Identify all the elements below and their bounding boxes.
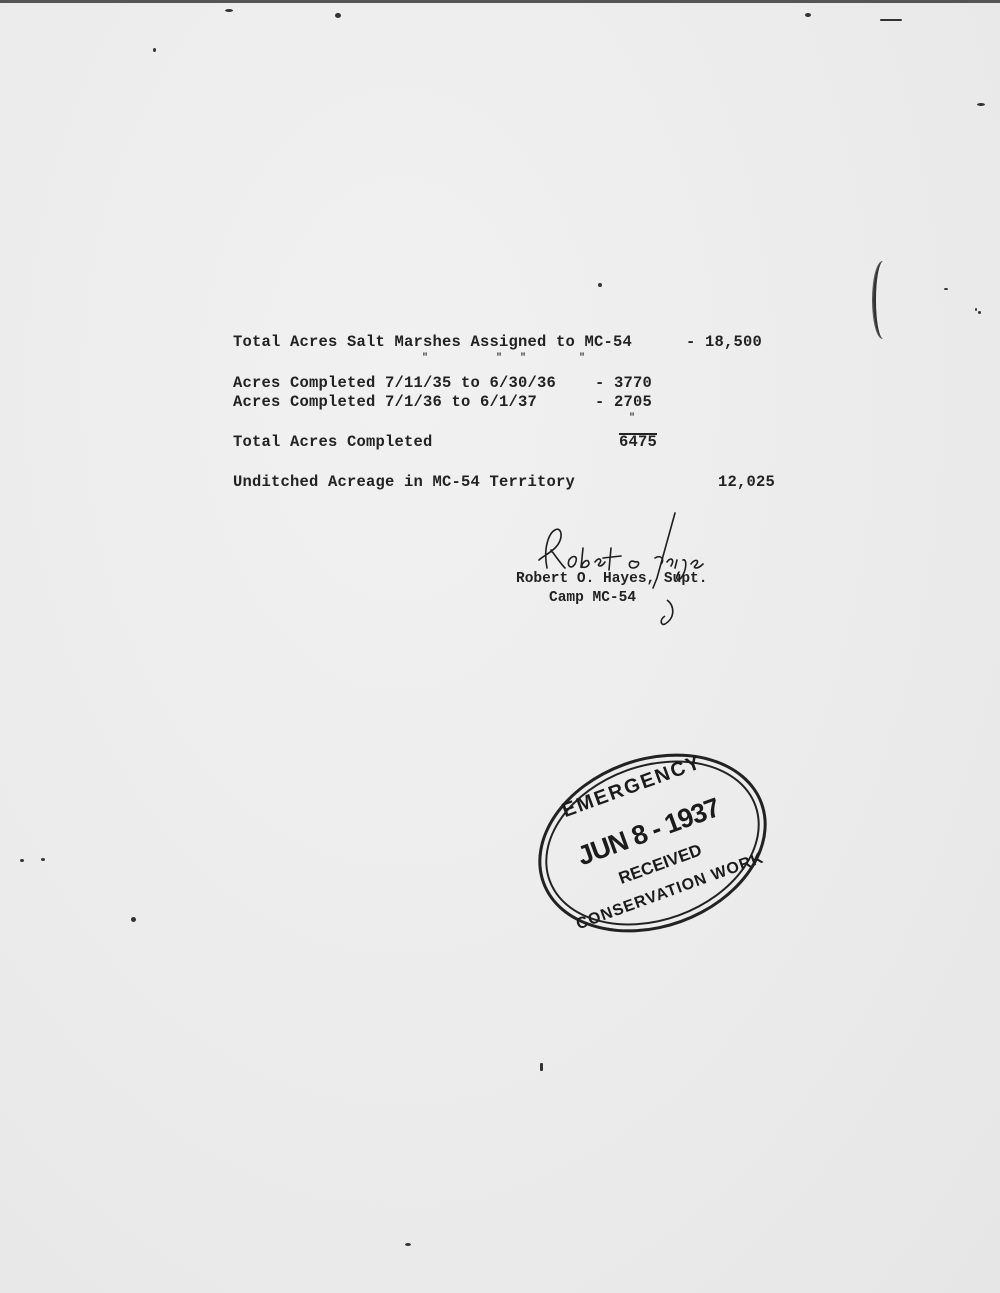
completed-period-1-label: Acres Completed 7/11/35 to 6/30/36 [233,374,556,392]
ditto-mark: " [422,353,428,364]
handwritten-signature [525,508,725,628]
scan-speck [975,308,977,311]
document-page: Total Acres Salt Marshes Assigned to MC-… [0,0,1000,1293]
scan-speck [41,858,45,861]
total-completed-label: Total Acres Completed [233,433,433,451]
scan-speck [944,288,948,290]
unditched-acreage-value: 12,025 [718,473,775,491]
total-assigned-value: - 18,500 [686,333,762,351]
completed-period-2-value: - 2705 [595,393,652,411]
margin-bracket-mark [873,261,894,339]
ditto-mark: " [579,353,585,364]
signer-camp: Camp MC-54 [549,590,636,606]
unditched-acreage-label: Unditched Acreage in MC-54 Territory [233,473,575,491]
scan-speck [225,9,233,12]
ditto-mark: " [629,413,635,424]
completed-period-2-label: Acres Completed 7/1/36 to 6/1/37 [233,393,537,411]
ditto-mark: " [496,353,502,364]
scan-speck [805,13,811,17]
scan-speck [880,19,902,21]
scan-speck [335,13,341,18]
scan-speck [598,283,602,287]
scan-speck [405,1243,411,1246]
completed-period-1-value: - 3770 [595,374,652,392]
scan-speck [131,917,136,922]
signer-name-title: Robert O. Hayes, Supt. [516,571,707,587]
scan-speck [20,859,24,862]
scan-speck [977,103,985,106]
received-stamp: EMERGENCY JUN 8 - 1937 RECEIVED CONSERVA… [513,723,792,963]
scan-speck [153,48,156,52]
ditto-mark: " [520,353,526,364]
total-assigned-label: Total Acres Salt Marshes Assigned to MC-… [233,333,632,351]
total-completed-value: 6475 [619,433,657,450]
scan-speck [540,1063,543,1071]
scan-speck [978,311,981,314]
